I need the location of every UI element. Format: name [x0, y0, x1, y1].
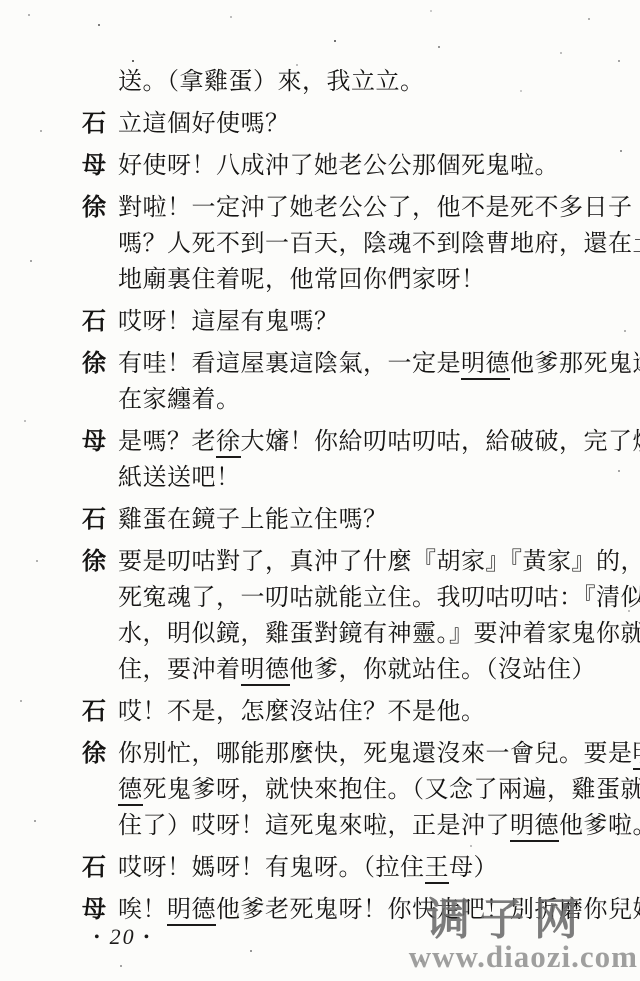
text-segment: 他爹，你就站住。（沒站住） — [290, 657, 597, 683]
proper-name-underlined: 明 — [633, 741, 640, 770]
proper-name-underlined: 明德 — [167, 897, 216, 926]
proper-name-underlined: 明德 — [461, 351, 510, 380]
dialogue-entry: 石哎！不是，怎麼沒站住？不是他。 — [82, 694, 624, 730]
speech-line: 哎呀！這屋有鬼嗎？ — [118, 304, 624, 340]
speaker-label: 徐 — [82, 346, 118, 382]
text-segment: 哎！不是，怎麼沒站住？不是他。 — [118, 699, 486, 725]
speech-line: 死寃魂了，一叨咕就能立住。我叨咕叨咕：『清似 — [118, 580, 624, 616]
text-segment: 立這個好使嗎？ — [118, 111, 290, 137]
text-segment: 要是叨咕對了，真沖了什麼『胡家』『黃家』的，和屈 — [118, 549, 640, 575]
dialogue-entry: 石哎呀！媽呀！有鬼呀。（拉住王母） — [82, 850, 624, 886]
dialogue-entry: 徐有哇！看這屋裏這陰氣，一定是明德他爹那死鬼還在家纏着。 — [82, 346, 624, 418]
speech-text: 哎呀！這屋有鬼嗎？ — [118, 304, 624, 340]
speech-text: 哎！不是，怎麼沒站住？不是他。 — [118, 694, 624, 730]
speech-text: 要是叨咕對了，真沖了什麼『胡家』『黃家』的，和屈死寃魂了，一叨咕就能立住。我叨咕… — [118, 544, 624, 688]
dialogue-entry: 徐要是叨咕對了，真沖了什麼『胡家』『黃家』的，和屈死寃魂了，一叨咕就能立住。我叨… — [82, 544, 624, 688]
dialogue-entry: 母好使呀！八成沖了她老公公那個死鬼啦。 — [82, 148, 624, 184]
speech-line: 德死鬼爹呀，就快來抱住。（又念了兩遍，雞蛋就站 — [118, 772, 624, 808]
speech-line: 住了）哎呀！這死鬼來啦，正是沖了明德他爹啦。 — [118, 808, 624, 844]
dialogue-entry: 石立這個好使嗎？ — [82, 106, 624, 142]
speech-line: 是嗎？老徐大嬸！你給叨咕叨咕，給破破，完了燒點 — [118, 424, 624, 460]
speaker-label: 母 — [82, 892, 118, 928]
text-segment: 有哇！看這屋裏這陰氣，一定是 — [118, 351, 461, 377]
text-segment: 唉！ — [118, 897, 167, 923]
speech-text: 立這個好使嗎？ — [118, 106, 624, 142]
speech-line: 在家纏着。 — [118, 382, 624, 418]
text-segment: 送。（拿雞蛋）來，我立立。 — [118, 69, 425, 95]
speech-line: 送。（拿雞蛋）來，我立立。 — [118, 64, 624, 100]
speaker-label: 母 — [82, 148, 118, 184]
dialogue: 送。（拿雞蛋）來，我立立。石立這個好使嗎？母好使呀！八成沖了她老公公那個死鬼啦。… — [82, 64, 624, 928]
speaker-label: 石 — [82, 850, 118, 886]
speaker-label: 石 — [82, 694, 118, 730]
speech-line: 有哇！看這屋裏這陰氣，一定是明德他爹那死鬼還 — [118, 346, 624, 382]
dialogue-entry: 送。（拿雞蛋）來，我立立。 — [82, 64, 624, 100]
text-segment: 住了）哎呀！這死鬼來啦，正是沖了 — [118, 813, 510, 839]
speech-line: 你別忙，哪能那麼快，死鬼還沒來一會兒。要是明 — [118, 736, 624, 772]
speech-line: 雞蛋在鏡子上能立住嗎？ — [118, 502, 624, 538]
text-segment: 好使呀！八成沖了她老公公那個死鬼啦。 — [118, 153, 559, 179]
proper-name-underlined: 王 — [425, 855, 450, 884]
text-segment: 死寃魂了，一叨咕就能立住。我叨咕叨咕：『清似 — [118, 585, 640, 611]
speech-text: 你別忙，哪能那麼快，死鬼還沒來一會兒。要是明德死鬼爹呀，就快來抱住。（又念了兩遍… — [118, 736, 624, 844]
speech-line: 對啦！一定沖了她老公公了，他不是死不多日子 — [118, 190, 624, 226]
text-segment: 母） — [449, 855, 498, 881]
speaker-label: 徐 — [82, 190, 118, 226]
text-segment: 在家纏着。 — [118, 387, 241, 413]
dialogue-entry: 徐你別忙，哪能那麼快，死鬼還沒來一會兒。要是明德死鬼爹呀，就快來抱住。（又念了兩… — [82, 736, 624, 844]
text-segment: 哎呀！媽呀！有鬼呀。（拉住 — [118, 855, 425, 881]
speech-line: 地廟裏住着呢，他常回你們家呀！ — [118, 262, 624, 298]
speech-line: 哎！不是，怎麼沒站住？不是他。 — [118, 694, 624, 730]
speech-text: 對啦！一定沖了她老公公了，他不是死不多日子嗎？人死不到一百天，陰魂不到陰曹地府，… — [118, 190, 624, 298]
speech-line: 嗎？人死不到一百天，陰魂不到陰曹地府，還在土 — [118, 226, 624, 262]
dialogue-entry: 石雞蛋在鏡子上能立住嗎？ — [82, 502, 624, 538]
proper-name-underlined: 明德 — [510, 813, 559, 842]
watermark-site-name: 调子网 — [426, 898, 588, 942]
speech-line: 好使呀！八成沖了她老公公那個死鬼啦。 — [118, 148, 624, 184]
watermark-site-url: www.diaozi.com — [409, 940, 638, 974]
footer-left-dot: • — [86, 929, 110, 946]
text-segment: 水，明似鏡，雞蛋對鏡有神靈。』要沖着家鬼你就站 — [118, 621, 640, 647]
text-segment: 他爹啦。 — [559, 813, 640, 839]
proper-name-underlined: 明德 — [241, 657, 290, 686]
speech-text: 雞蛋在鏡子上能立住嗎？ — [118, 502, 624, 538]
speech-line: 哎呀！媽呀！有鬼呀。（拉住王母） — [118, 850, 624, 886]
speech-line: 住，要沖着明德他爹，你就站住。（沒站住） — [118, 652, 624, 688]
speech-line: 紙送送吧！ — [118, 460, 624, 496]
text-segment: 是嗎？老 — [118, 429, 216, 455]
speaker-label: 石 — [82, 304, 118, 340]
speaker-label: 石 — [82, 502, 118, 538]
speech-line: 水，明似鏡，雞蛋對鏡有神靈。』要沖着家鬼你就站 — [118, 616, 624, 652]
speaker-label: 石 — [82, 106, 118, 142]
proper-name-underlined: 德 — [118, 777, 143, 806]
text-segment: 地廟裏住着呢，他常回你們家呀！ — [118, 267, 486, 293]
text-segment: 大嬸！你給叨咕叨咕，給破破，完了燒點 — [241, 429, 640, 455]
dialogue-entry: 徐對啦！一定沖了她老公公了，他不是死不多日子嗎？人死不到一百天，陰魂不到陰曹地府… — [82, 190, 624, 298]
dialogue-entry: 石哎呀！這屋有鬼嗎？ — [82, 304, 624, 340]
text-segment: 紙送送吧！ — [118, 465, 241, 491]
text-segment: 雞蛋在鏡子上能立住嗎？ — [118, 507, 388, 533]
footer-right-dot: • — [136, 929, 160, 946]
text-segment: 哎呀！這屋有鬼嗎？ — [118, 309, 339, 335]
dialogue-entry: 母是嗎？老徐大嬸！你給叨咕叨咕，給破破，完了燒點紙送送吧！ — [82, 424, 624, 496]
speaker-label: 母 — [82, 424, 118, 460]
page-footer: •20• — [86, 924, 159, 950]
scanned-script-page: 送。（拿雞蛋）來，我立立。石立這個好使嗎？母好使呀！八成沖了她老公公那個死鬼啦。… — [0, 0, 640, 981]
text-segment: 對啦！一定沖了她老公公了，他不是死不多日子 — [118, 195, 633, 221]
speech-text: 是嗎？老徐大嬸！你給叨咕叨咕，給破破，完了燒點紙送送吧！ — [118, 424, 624, 496]
speaker-label: 徐 — [82, 544, 118, 580]
text-segment: 你別忙，哪能那麼快，死鬼還沒來一會兒。要是 — [118, 741, 633, 767]
proper-name-underlined: 徐 — [216, 429, 241, 458]
text-segment: 死鬼爹呀，就快來抱住。（又念了兩遍，雞蛋就站 — [143, 777, 640, 803]
speech-text: 好使呀！八成沖了她老公公那個死鬼啦。 — [118, 148, 624, 184]
text-segment: 他爹那死鬼還 — [510, 351, 640, 377]
speech-line: 要是叨咕對了，真沖了什麼『胡家』『黃家』的，和屈 — [118, 544, 624, 580]
text-segment: 嗎？人死不到一百天，陰魂不到陰曹地府，還在土 — [118, 231, 640, 257]
speaker-label: 徐 — [82, 736, 118, 772]
speech-line: 立這個好使嗎？ — [118, 106, 624, 142]
speech-text: 送。（拿雞蛋）來，我立立。 — [118, 64, 624, 100]
speech-text: 哎呀！媽呀！有鬼呀。（拉住王母） — [118, 850, 624, 886]
text-segment: 住，要沖着 — [118, 657, 241, 683]
page-number: 20 — [110, 924, 136, 949]
speech-text: 有哇！看這屋裏這陰氣，一定是明德他爹那死鬼還在家纏着。 — [118, 346, 624, 418]
